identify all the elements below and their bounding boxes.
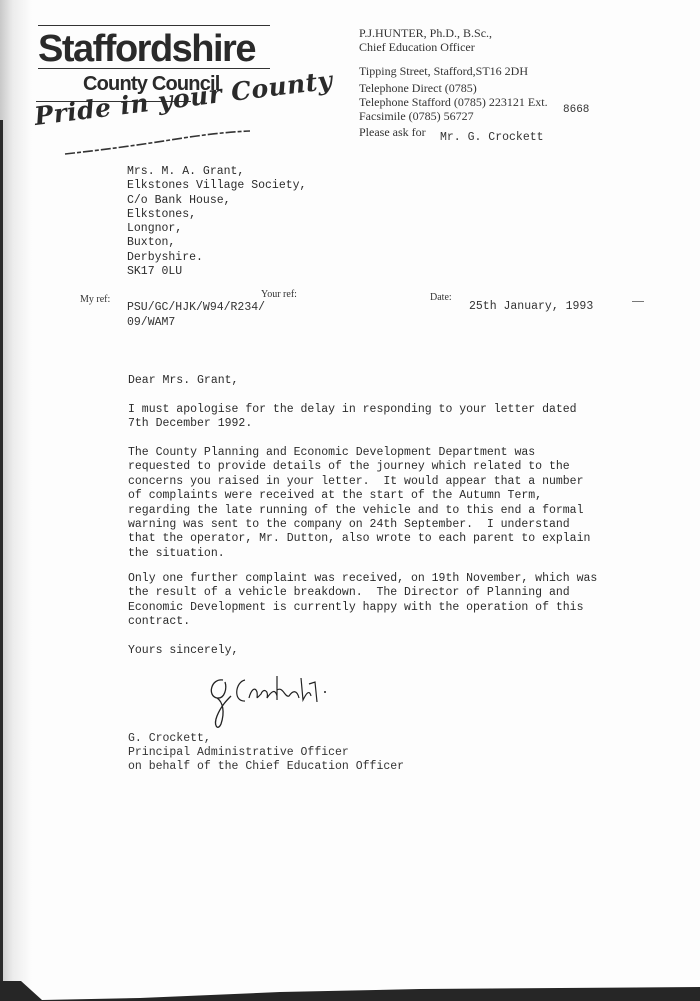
recipient-line: SK17 0LU: [127, 265, 306, 279]
facsimile: Facsimile (0785) 56727: [359, 109, 474, 124]
extension-number: 8668: [563, 104, 589, 116]
signatory-on-behalf: on behalf of the Chief Education Officer: [128, 760, 404, 773]
recipient-line: Mrs. M. A. Grant,: [127, 165, 306, 179]
my-ref-line-1: PSU/GC/HJK/W94/R234/: [127, 301, 265, 314]
margin-mark: [632, 301, 644, 302]
sender-name: P.J.HUNTER, Ph.D., B.Sc.,: [359, 26, 492, 41]
date-value: 25th January, 1993: [469, 300, 593, 313]
scan-shadow: [0, 0, 32, 1001]
slogan-underline-swash: [60, 128, 260, 158]
logo-title: Staffordshire: [38, 30, 255, 68]
scan-edge: [0, 120, 3, 1000]
recipient-line: Buxton,: [127, 236, 306, 250]
closing: Yours sincerely,: [128, 644, 648, 658]
recipient-line: Longnor,: [127, 222, 306, 236]
signatory-name: G. Crockett,: [128, 732, 211, 745]
signatory-title: Principal Administrative Officer: [128, 746, 349, 759]
recipient-line: C/o Bank House,: [127, 194, 306, 208]
telephone-stafford: Telephone Stafford (0785) 223121 Ext.: [359, 95, 548, 110]
salutation: Dear Mrs. Grant,: [128, 374, 648, 388]
body-paragraph: The County Planning and Economic Develop…: [128, 446, 648, 561]
body-paragraph: I must apologise for the delay in respon…: [128, 403, 648, 432]
please-ask-label: Please ask for: [359, 125, 426, 140]
recipient-line: Derbyshire.: [127, 251, 306, 265]
recipient-line: Elkstones,: [127, 208, 306, 222]
my-ref-line-2: 09/WAM7: [127, 316, 175, 329]
telephone-direct: Telephone Direct (0785): [359, 81, 477, 96]
please-ask-value: Mr. G. Crockett: [440, 131, 544, 144]
body-paragraph: Only one further complaint was received,…: [128, 572, 648, 630]
logo-top-rule: [38, 25, 270, 26]
your-ref-label: Your ref:: [261, 289, 297, 300]
sender-position: Chief Education Officer: [359, 40, 475, 55]
my-ref-label: My ref:: [80, 294, 110, 305]
letter-page: Staffordshire County Council Pride in yo…: [0, 0, 700, 1001]
sender-address: Tipping Street, Stafford,ST16 2DH: [359, 64, 528, 79]
recipient-address: Mrs. M. A. Grant, Elkstones Village Soci…: [127, 165, 306, 279]
scan-bottom-edge: [0, 981, 700, 1001]
recipient-line: Elkstones Village Society,: [127, 179, 306, 193]
date-label: Date:: [430, 292, 452, 303]
handwritten-signature: G Crockett: [205, 668, 335, 733]
logo-middle-rule: [38, 68, 270, 69]
